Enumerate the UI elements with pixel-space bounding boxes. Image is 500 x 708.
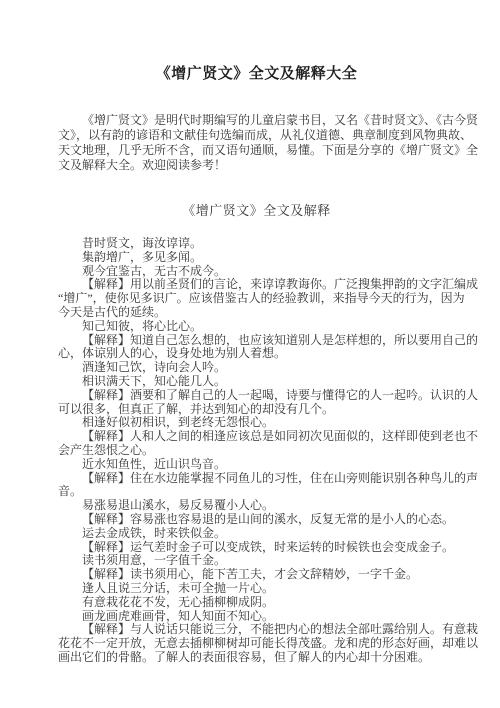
text-line: 画出它们的骨骼。了解人的表面很容易，但了解人的内心却十分困难。 bbox=[58, 651, 455, 665]
text-line: 【解释】读书须用心，能下苦工夫，才会文辞精妙，一字千金。 bbox=[58, 568, 455, 582]
text-line: 知己知彼，将心比心。 bbox=[58, 320, 455, 334]
intro-paragraph: 《增广贤文》是明代时期编写的儿童启蒙书目，又名《昔时贤文》、《古今贤文》，以有韵… bbox=[58, 113, 455, 173]
text-line: 花花不一定开放，无意去插柳柳树却可能长得茂盛。龙和虎的形态好画，却难以 bbox=[58, 637, 455, 651]
body-text: 昔时贤文，诲汝谆谆。集韵增广，多见多闻。观今宜鉴古，无古不成今。【解释】用以前圣… bbox=[58, 237, 455, 665]
text-line: 【解释】人和人之间的相逢应该总是如同初次见面似的，这样即使到老也不 bbox=[58, 430, 455, 444]
text-line: 昔时贤文，诲汝谆谆。 bbox=[58, 237, 455, 251]
text-line: 有意栽花花不发，无心插柳柳成阴。 bbox=[58, 596, 455, 610]
text-line: 运去金成铁，时来铁似金。 bbox=[58, 527, 455, 541]
document-title: 《增广贤文》全文及解释大全 bbox=[58, 64, 455, 84]
text-line: 酒逢知己饮，诗向会人吟。 bbox=[58, 361, 455, 375]
text-line: 逢人且说三分话，未可全抛一片心。 bbox=[58, 582, 455, 596]
text-line: “增广”，使你见多识广。应该借鉴古人的经验教训，来指导今天的行为，因为 bbox=[58, 292, 455, 306]
text-line: 集韵增广，多见多闻。 bbox=[58, 251, 455, 265]
intro-line: 天文地理，几乎无所不含，而又语句通顺，易懂。下面是分享的《增广贤文》全 bbox=[58, 143, 455, 158]
section-heading: 《增广贤文》全文及解释 bbox=[58, 203, 455, 218]
text-line: 【解释】容易涨也容易退的是山间的溪水，反复无常的是小人的心态。 bbox=[58, 513, 455, 527]
text-line: 易涨易退山溪水，易反易覆小人心。 bbox=[58, 499, 455, 513]
text-line: 【解释】住在水边能掌握不同鱼儿的习性，住在山旁则能识别各种鸟儿的声 bbox=[58, 472, 455, 486]
intro-line: 文》，以有韵的谚语和文献佳句选编而成，从礼仪道德、典章制度到风物典故、 bbox=[58, 128, 455, 143]
text-line: 近水知鱼性，近山识鸟音。 bbox=[58, 458, 455, 472]
intro-line: 《增广贤文》是明代时期编写的儿童启蒙书目，又名《昔时贤文》、《古今贤 bbox=[58, 113, 455, 128]
text-line: 相识满天下，知心能几人。 bbox=[58, 375, 455, 389]
intro-line: 文及解释大全。欢迎阅读参考！ bbox=[58, 158, 455, 173]
text-line: 【解释】酒要和了解自己的人一起喝，诗要与懂得它的人一起吟。认识的人 bbox=[58, 389, 455, 403]
text-line: 会产生怨恨之心。 bbox=[58, 444, 455, 458]
text-line: 今天是古代的延续。 bbox=[58, 306, 455, 320]
document-page: 《增广贤文》全文及解释大全 《增广贤文》是明代时期编写的儿童启蒙书目，又名《昔时… bbox=[0, 0, 500, 708]
